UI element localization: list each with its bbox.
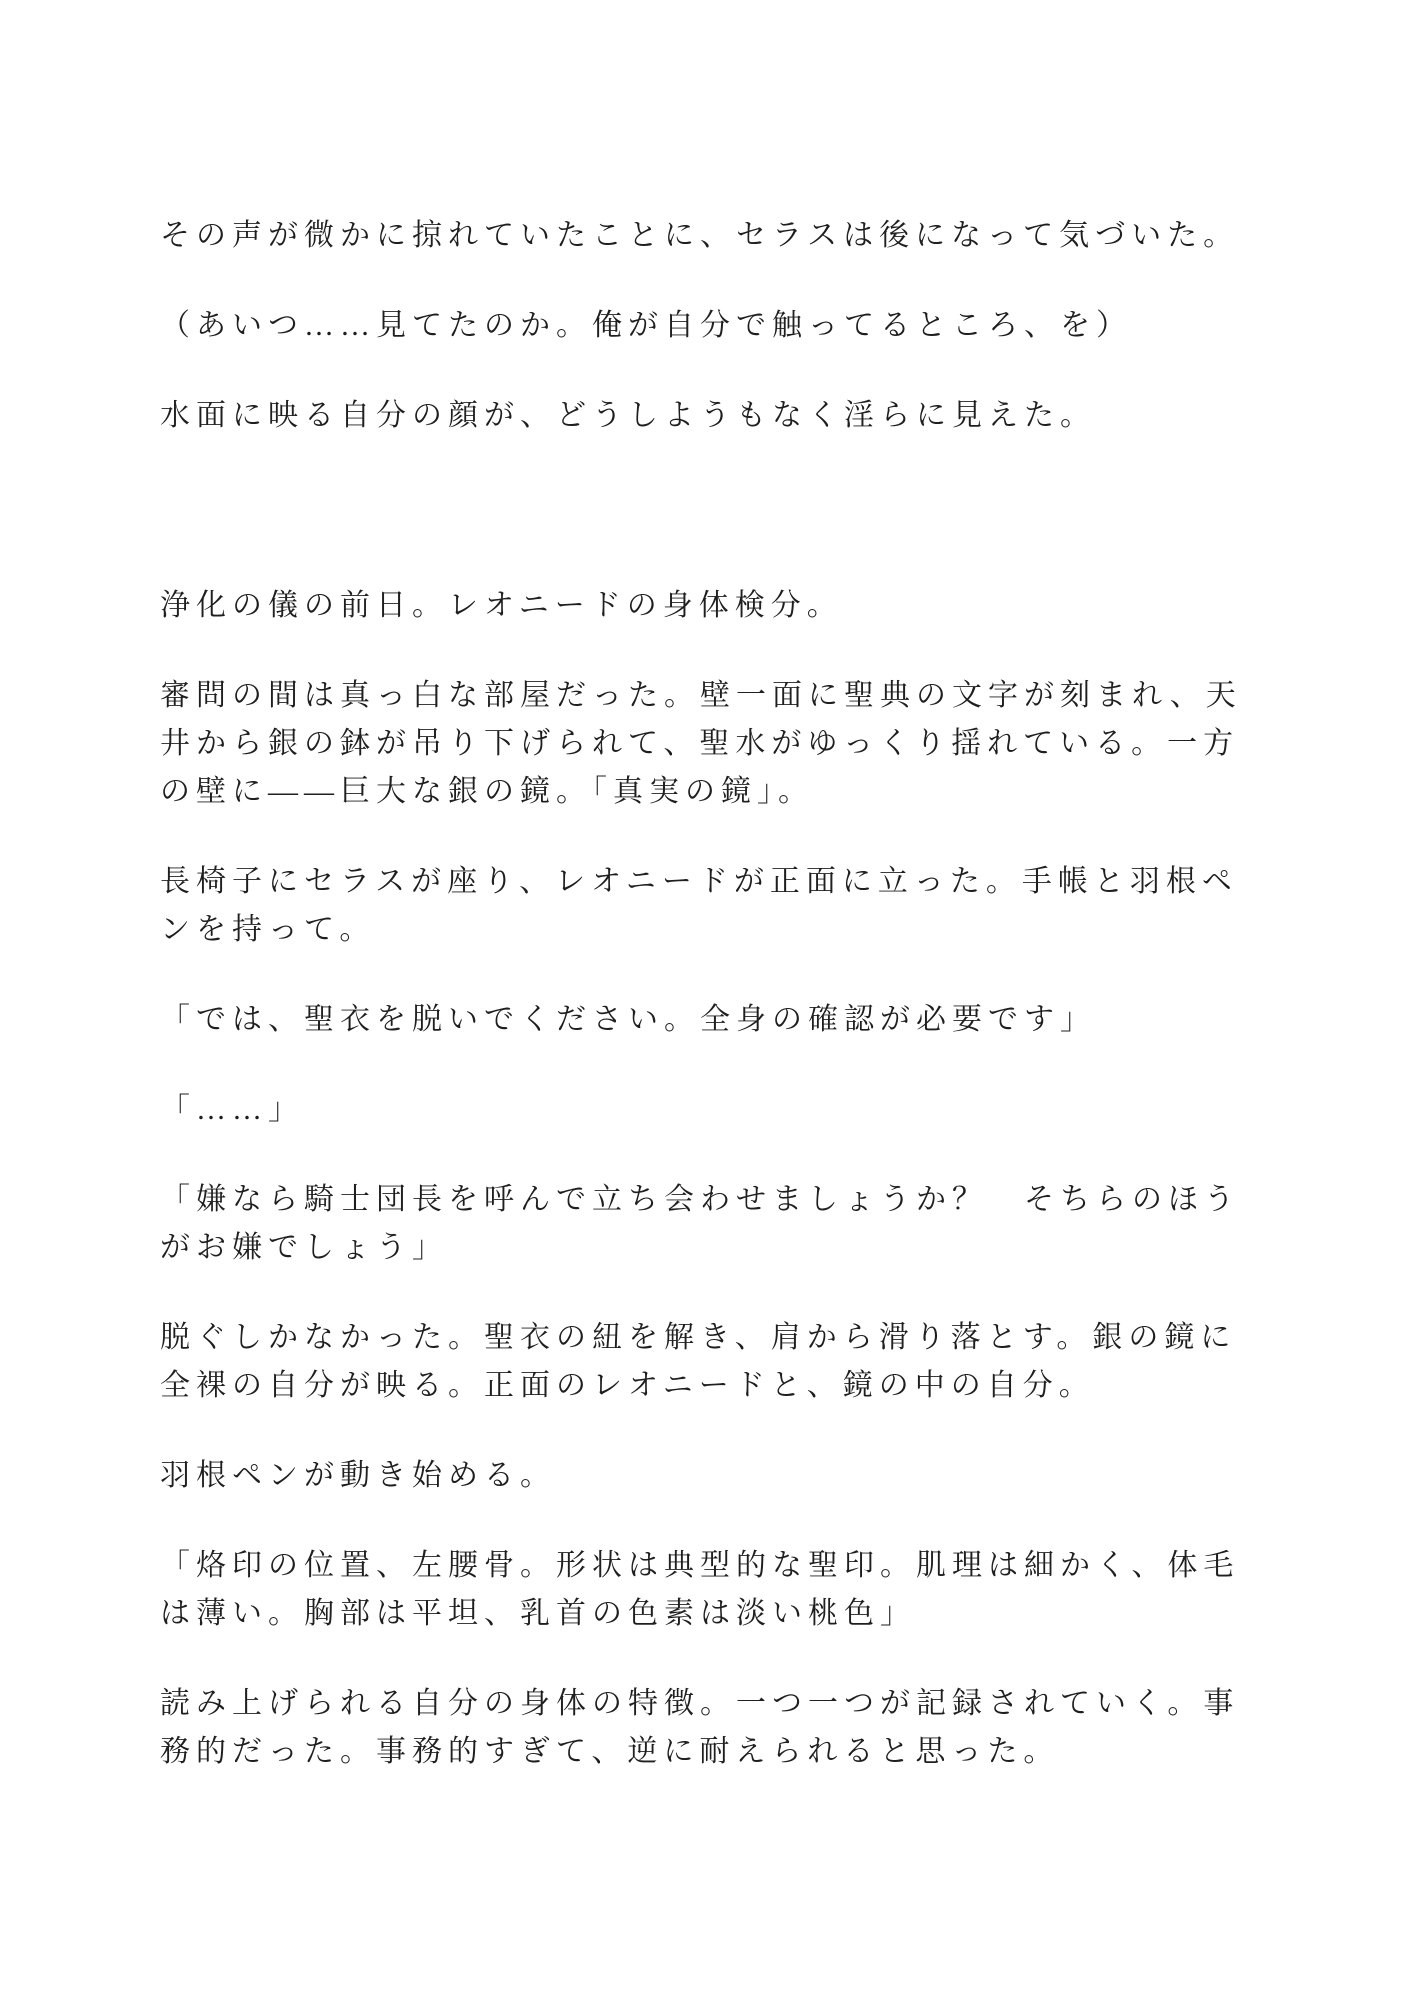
paragraph: 水面に映る自分の顔が、どうしようもなく淫らに見えた。 [160,392,1257,440]
paragraph-line: 「烙印の位置、左腰骨。形状は典型的な聖印。肌理は細かく、体毛 [160,1542,1257,1590]
paragraph: 読み上げられる自分の身体の特徴。一つ一つが記録されていく。事 務的だった。事務的… [160,1680,1257,1776]
paragraph: （あいつ……見てたのか。俺が自分で触ってるところ、を） [160,302,1257,350]
paragraph-line: 審問の間は真っ白な部屋だった。壁一面に聖典の文字が刻まれ、天 [160,672,1257,720]
paragraph: 脱ぐしかなかった。聖衣の紐を解き、肩から滑り落とす。銀の鏡に 全裸の自分が映る。… [160,1314,1257,1410]
paragraph-line: 「……」 [160,1086,1257,1134]
paragraph-line: 「では、聖衣を脱いでください。全身の確認が必要です」 [160,996,1257,1044]
document-page: その声が微かに掠れていたことに、セラスは後になって気づいた。 （あいつ……見てた… [0,0,1415,2000]
paragraph: 「では、聖衣を脱いでください。全身の確認が必要です」 [160,996,1257,1044]
paragraph-line: がお嫌でしょう」 [160,1224,1257,1272]
paragraph-line: 読み上げられる自分の身体の特徴。一つ一つが記録されていく。事 [160,1680,1257,1728]
paragraph-line: は薄い。胸部は平坦、乳首の色素は淡い桃色」 [160,1590,1257,1638]
paragraph-line: の壁に——巨大な銀の鏡。「真実の鏡」。 [160,768,1257,816]
paragraph-line: 全裸の自分が映る。正面のレオニードと、鏡の中の自分。 [160,1362,1257,1410]
paragraph-line: ンを持って。 [160,906,1257,954]
paragraph: 「烙印の位置、左腰骨。形状は典型的な聖印。肌理は細かく、体毛 は薄い。胸部は平坦… [160,1542,1257,1638]
paragraph-line: 「嫌なら騎士団長を呼んで立ち会わせましょうか？ そちらのほう [160,1176,1257,1224]
paragraph: 長椅子にセラスが座り、レオニードが正面に立った。手帳と羽根ペ ンを持って。 [160,858,1257,954]
paragraph-line: 羽根ペンが動き始める。 [160,1452,1257,1500]
paragraph-line: 浄化の儀の前日。レオニードの身体検分。 [160,582,1257,630]
paragraph-line: 長椅子にセラスが座り、レオニードが正面に立った。手帳と羽根ペ [160,858,1257,906]
paragraph: 浄化の儀の前日。レオニードの身体検分。 [160,582,1257,630]
paragraph-line: その声が微かに掠れていたことに、セラスは後になって気づいた。 [160,212,1257,260]
paragraph: 「……」 [160,1086,1257,1134]
paragraph-line: 務的だった。事務的すぎて、逆に耐えられると思った。 [160,1728,1257,1776]
paragraph-line: 井から銀の鉢が吊り下げられて、聖水がゆっくり揺れている。一方 [160,720,1257,768]
paragraph: 羽根ペンが動き始める。 [160,1452,1257,1500]
paragraph-line: 脱ぐしかなかった。聖衣の紐を解き、肩から滑り落とす。銀の鏡に [160,1314,1257,1362]
paragraph-line: （あいつ……見てたのか。俺が自分で触ってるところ、を） [160,302,1257,350]
paragraph: その声が微かに掠れていたことに、セラスは後になって気づいた。 [160,212,1257,260]
scene-break-gap [160,482,1257,582]
paragraph: 審問の間は真っ白な部屋だった。壁一面に聖典の文字が刻まれ、天 井から銀の鉢が吊り… [160,672,1257,816]
paragraph: 「嫌なら騎士団長を呼んで立ち会わせましょうか？ そちらのほう がお嫌でしょう」 [160,1176,1257,1272]
paragraph-line: 水面に映る自分の顔が、どうしようもなく淫らに見えた。 [160,392,1257,440]
